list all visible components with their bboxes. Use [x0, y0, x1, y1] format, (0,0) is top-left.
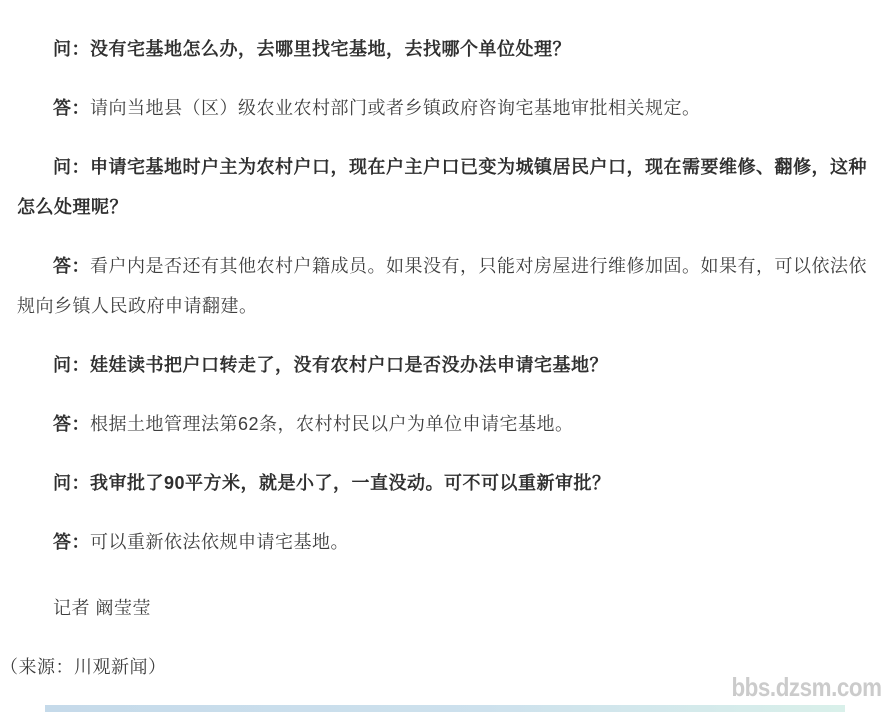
question-paragraph-2: 问：申请宅基地时户主为农村户口，现在户主户口已变为城镇居民户口，现在需要维修、翻…: [17, 147, 873, 227]
answer-label: 答：: [53, 256, 90, 276]
answer-text: 请向当地县（区）级农业农村部门或者乡镇政府咨询宅基地审批相关规定。: [90, 98, 701, 118]
answer-paragraph-4: 答：可以重新依法依规申请宅基地。: [17, 522, 873, 562]
question-paragraph-4: 问：我审批了90平方米，就是小了，一直没动。可不可以重新审批？: [17, 463, 873, 503]
site-watermark: bbs.dzsm.com: [732, 672, 882, 703]
question-paragraph-3: 问：娃娃读书把户口转走了，没有农村户口是否没办法申请宅基地？: [17, 345, 873, 385]
article-body: 问：没有宅基地怎么办，去哪里找宅基地，去找哪个单位处理？ 答：请向当地县（区）级…: [0, 0, 885, 687]
answer-paragraph-1: 答：请向当地县（区）级农业农村部门或者乡镇政府咨询宅基地审批相关规定。: [17, 88, 873, 128]
answer-text: 可以重新依法依规申请宅基地。: [90, 532, 349, 552]
reporter-byline: 记者 阚莹莹: [17, 588, 873, 628]
answer-text: 看户内是否还有其他农村户籍成员。如果没有，只能对房屋进行维修加固。如果有，可以依…: [17, 256, 867, 316]
bottom-divider-bar: [45, 705, 845, 712]
answer-text: 根据土地管理法第62条，农村村民以户为单位申请宅基地。: [90, 414, 574, 434]
answer-label: 答：: [53, 414, 90, 434]
answer-paragraph-3: 答：根据土地管理法第62条，农村村民以户为单位申请宅基地。: [17, 404, 873, 444]
answer-label: 答：: [53, 98, 90, 118]
answer-label: 答：: [53, 532, 90, 552]
question-paragraph-1: 问：没有宅基地怎么办，去哪里找宅基地，去找哪个单位处理？: [17, 29, 873, 69]
answer-paragraph-2: 答：看户内是否还有其他农村户籍成员。如果没有，只能对房屋进行维修加固。如果有，可…: [17, 246, 873, 326]
